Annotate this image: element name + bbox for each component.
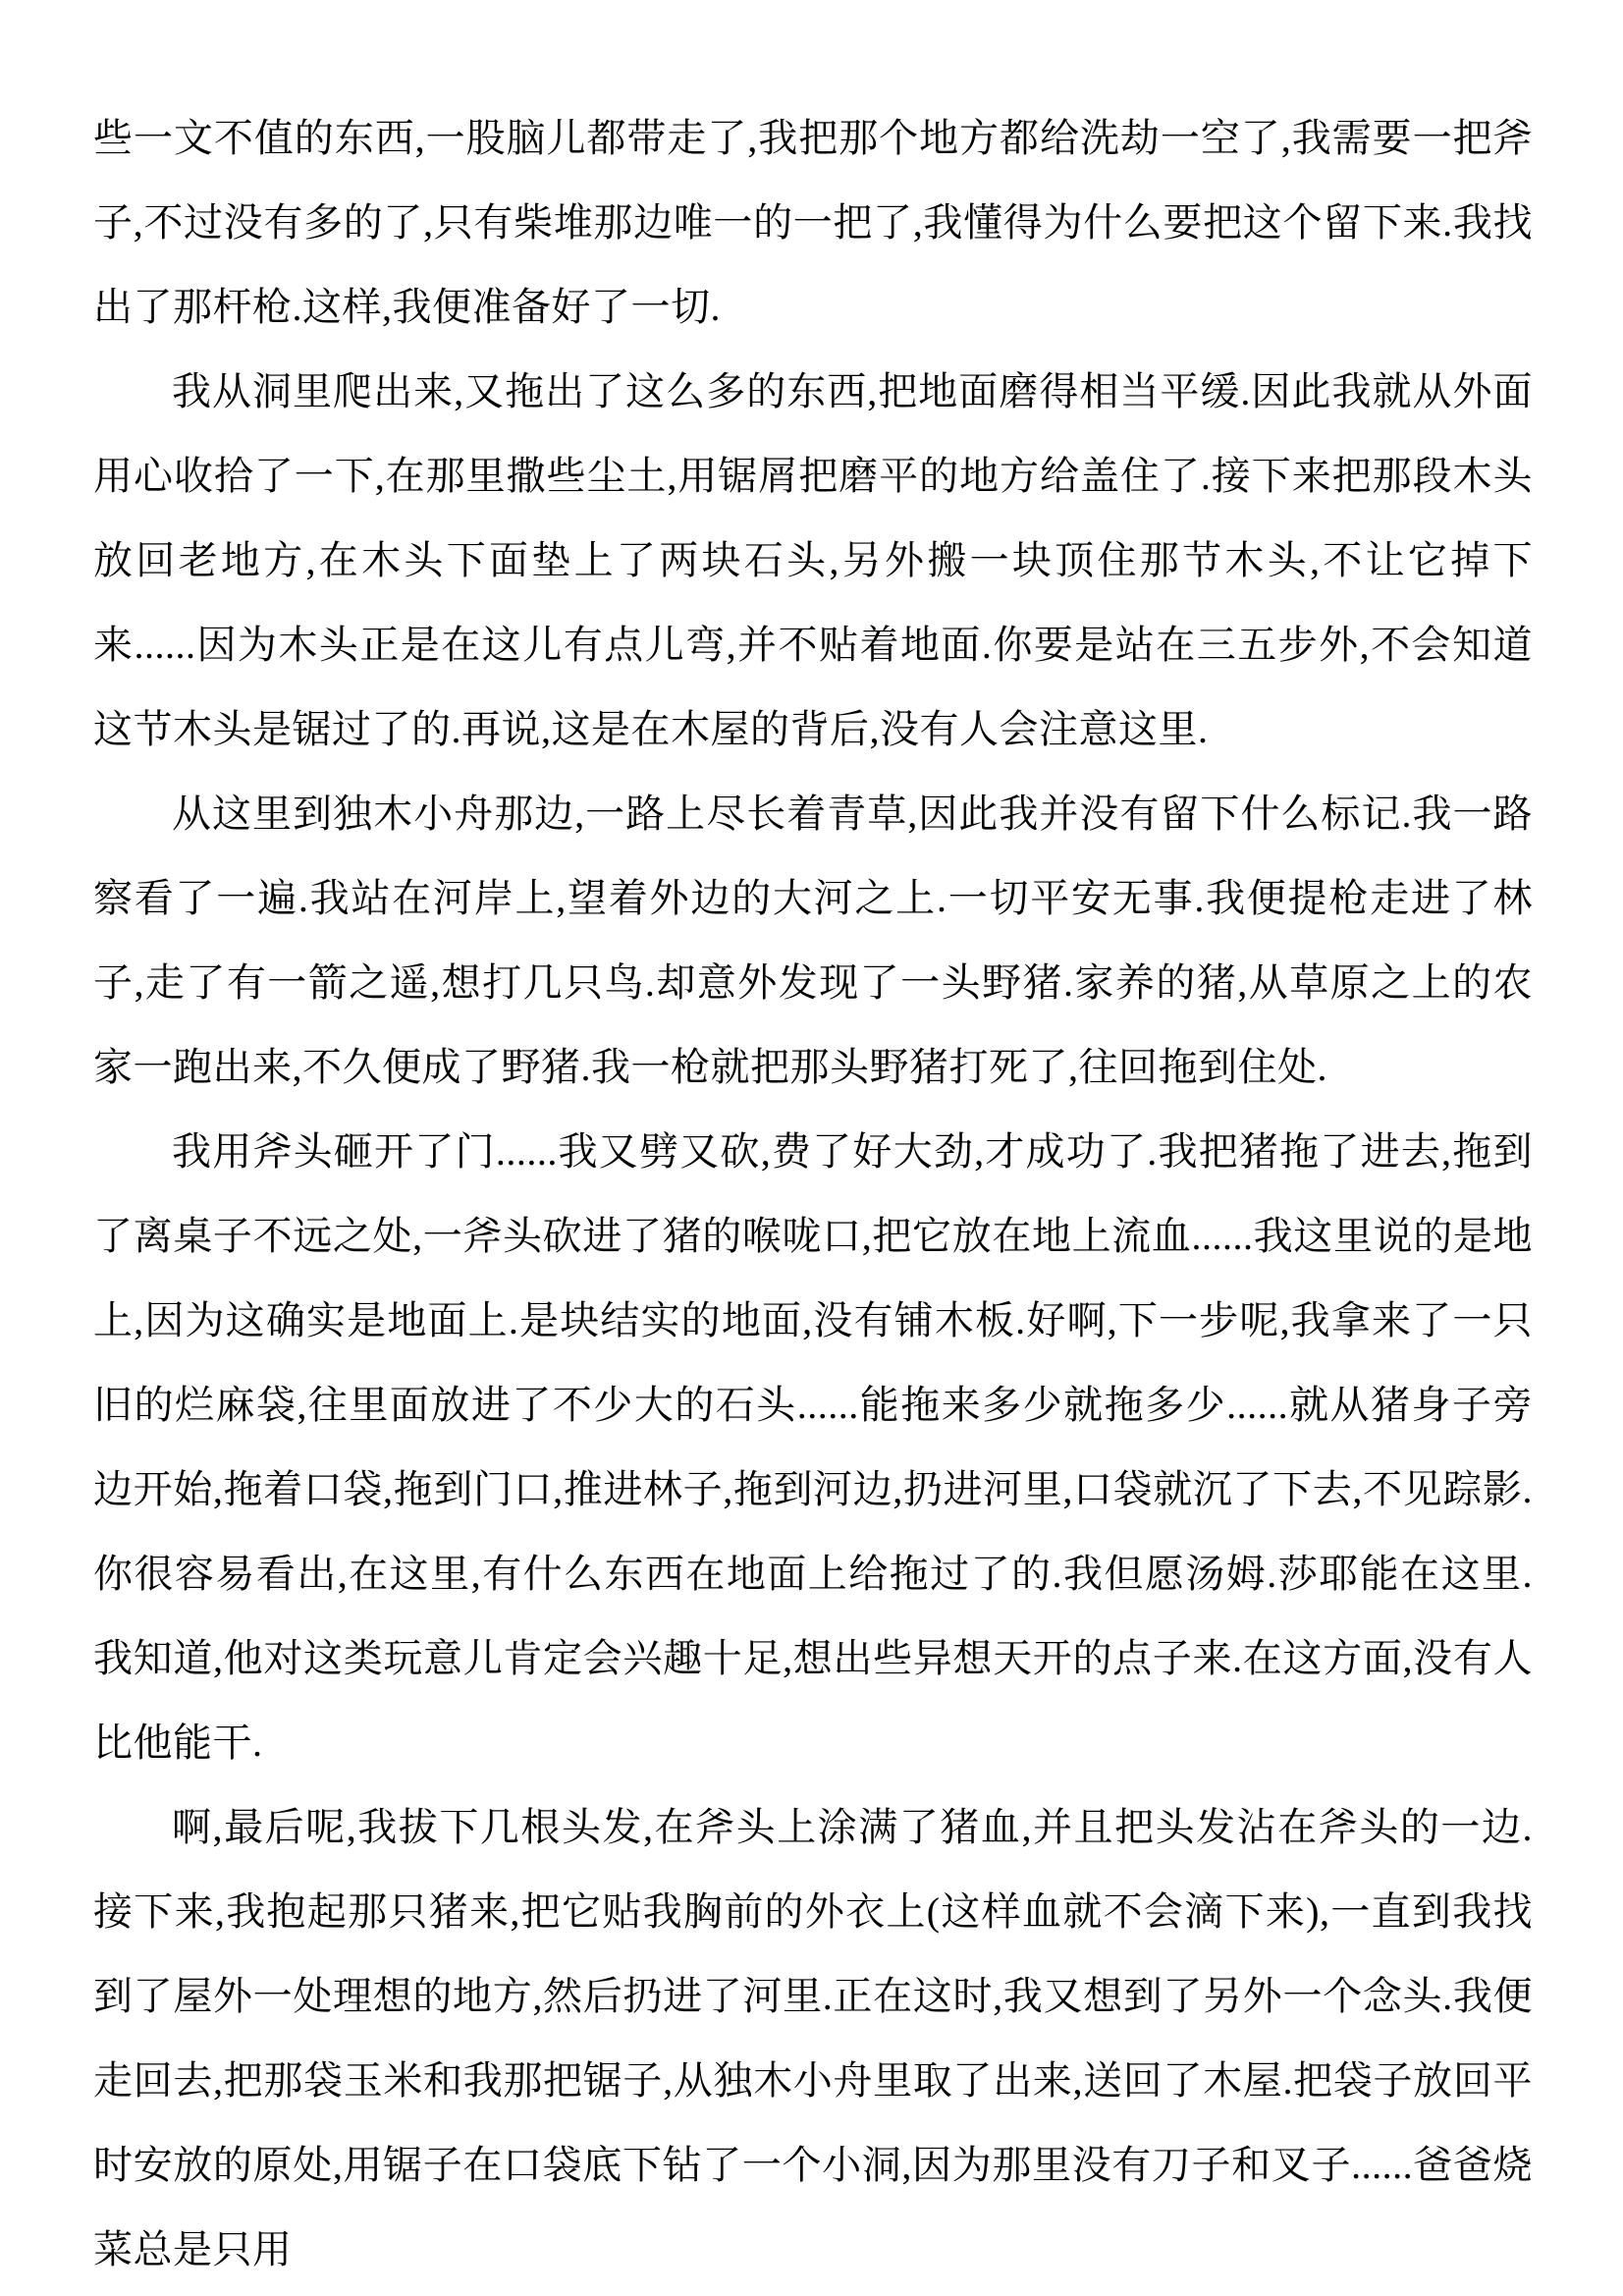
paragraph: 啊,最后呢,我拔下几根头发,在斧头上涂满了猪血,并且把头发沾在斧头的一边.接下来… [93, 1785, 1533, 2292]
paragraph: 我用斧头砸开了门......我又劈又砍,费了好大劲,才成功了.我把猪拖了进去,拖… [93, 1110, 1533, 1785]
paragraph-continuation: 些一文不值的东西,一股脑儿都带走了,我把那个地方都给洗劫一空了,我需要一把斧子,… [93, 96, 1533, 350]
text-body: 些一文不值的东西,一股脑儿都带走了,我把那个地方都给洗劫一空了,我需要一把斧子,… [93, 96, 1533, 2292]
paragraph: 我从洞里爬出来,又拖出了这么多的东西,把地面磨得相当平缓.因此我就从外面用心收拾… [93, 350, 1533, 772]
document-page: 些一文不值的东西,一股脑儿都带走了,我把那个地方都给洗劫一空了,我需要一把斧子,… [0, 0, 1623, 2296]
paragraph: 从这里到独木小舟那边,一路上尽长着青草,因此我并没有留下什么标记.我一路察看了一… [93, 772, 1533, 1110]
